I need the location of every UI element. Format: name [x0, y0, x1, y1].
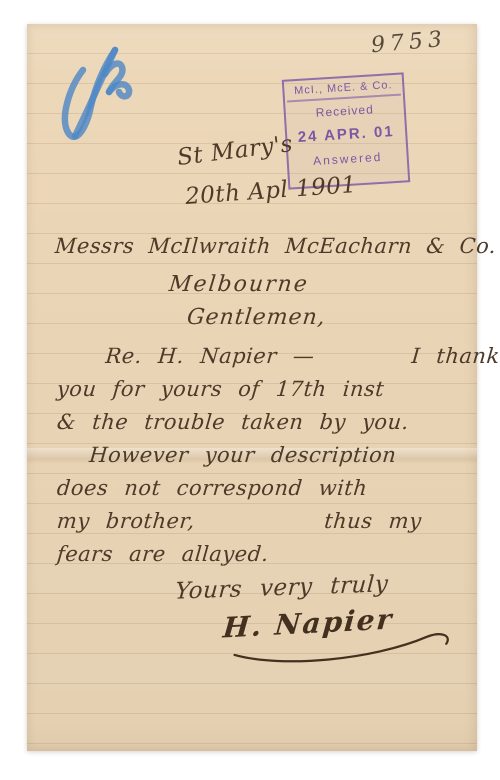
stamp-date: 24 APR. 01 — [287, 122, 406, 146]
body-line: you for yours of 17th inst — [56, 373, 469, 406]
body-line: However your description — [56, 439, 469, 472]
body-line: & the trouble taken by you. — [56, 406, 469, 439]
stamp-company-name: McI., McE. & Co. — [286, 79, 401, 103]
letter-body: Re. H. Napier — I thank you for yours of… — [57, 340, 467, 571]
letter-place: St Mary's — [176, 131, 294, 171]
body-line: does not correspond with — [56, 472, 469, 505]
body-line: fears are allayed. — [56, 538, 469, 571]
archive-number: 9753 — [370, 27, 448, 59]
letter-paper: 9753 McI., McE. & Co. Received 24 APR. 0… — [27, 24, 477, 751]
signature: H. Napier — [222, 603, 394, 645]
salutation-line: Gentlemen, — [186, 305, 327, 330]
blue-pencil-initials — [49, 36, 159, 156]
city-line: Melbourne — [168, 272, 310, 297]
stamp-answered-label: Answered — [288, 148, 407, 169]
closing-line: Yours very truly — [174, 571, 389, 605]
stamp-received-label: Received — [285, 100, 404, 121]
body-line: my brother, thus my — [56, 505, 469, 538]
letter-date: 20th Apl 1901 — [184, 172, 357, 210]
letter-scan: 9753 McI., McE. & Co. Received 24 APR. 0… — [0, 0, 500, 780]
recipient-line: Messrs McIlwraith McEacharn & Co. — [54, 234, 497, 258]
body-line: Re. H. Napier — I thank — [56, 340, 469, 373]
